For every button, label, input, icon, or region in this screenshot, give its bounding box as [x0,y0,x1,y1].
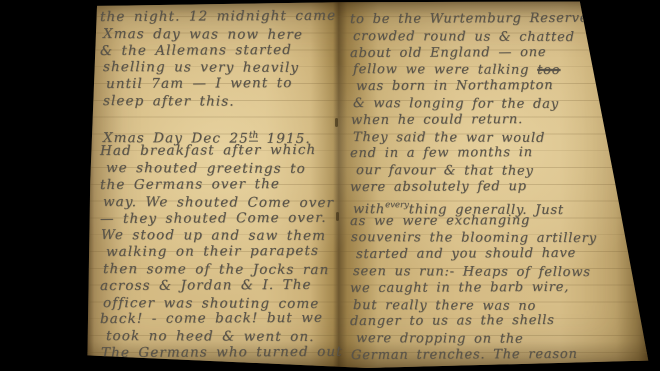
handwriting-line-blank [101,109,340,127]
handwriting-line: started and you should have [356,246,608,264]
handwriting-line: was born in Northampton [356,78,608,96]
handwriting-line: & the Allemans started [100,41,340,59]
handwriting-line: when he could return. [351,111,608,129]
handwriting-line: we caught in the barb wire, [350,279,608,297]
handwriting-line: The Germans who turned out [101,344,340,362]
handwriting-line: across & Jordan & I. The [100,276,340,294]
date-ordinal-superscript: th [249,130,258,141]
handwriting-line: until 7am — I went to [106,75,340,93]
crossed-out-word: too [537,63,560,78]
handwriting-line: the Germans over the [100,176,340,194]
handwriting-line: back! - come back! but we [100,310,340,328]
handwriting-line: danger to us as the shells [350,313,608,331]
talking-text: fellow we were talking [353,62,537,78]
inserted-word-above-line: every [385,200,409,210]
handwriting-line: way. We shouted Come over [103,194,340,212]
handwriting-line: to be the Wurtemburg Reserves [350,11,608,29]
left-page-text: the night. 12 midnight came Xmas day was… [100,9,340,362]
notebook-pages: the night. 12 midnight came Xmas day was… [84,0,650,371]
handwriting-line: as we were exchanging [350,212,608,230]
handwriting-line: Had breakfast after which [100,142,340,160]
handwriting-line: the night. 12 midnight came [100,8,340,26]
handwriting-line: walking on their parapets [106,243,340,261]
handwriting-line: were absolutely fed up [350,179,608,197]
handwriting-line: about old England — one [350,44,608,62]
right-page-text: to be the Wurtemburg Reserves crowded ro… [350,12,608,365]
handwriting-line: — they shouted Come over. [100,209,340,227]
handwriting-line: end in a few months in [350,145,608,163]
open-notebook: the night. 12 midnight came Xmas day was… [84,0,650,371]
diary-photo: the night. 12 midnight came Xmas day was… [0,0,660,371]
handwriting-line: German trenches. The reason [351,347,608,365]
